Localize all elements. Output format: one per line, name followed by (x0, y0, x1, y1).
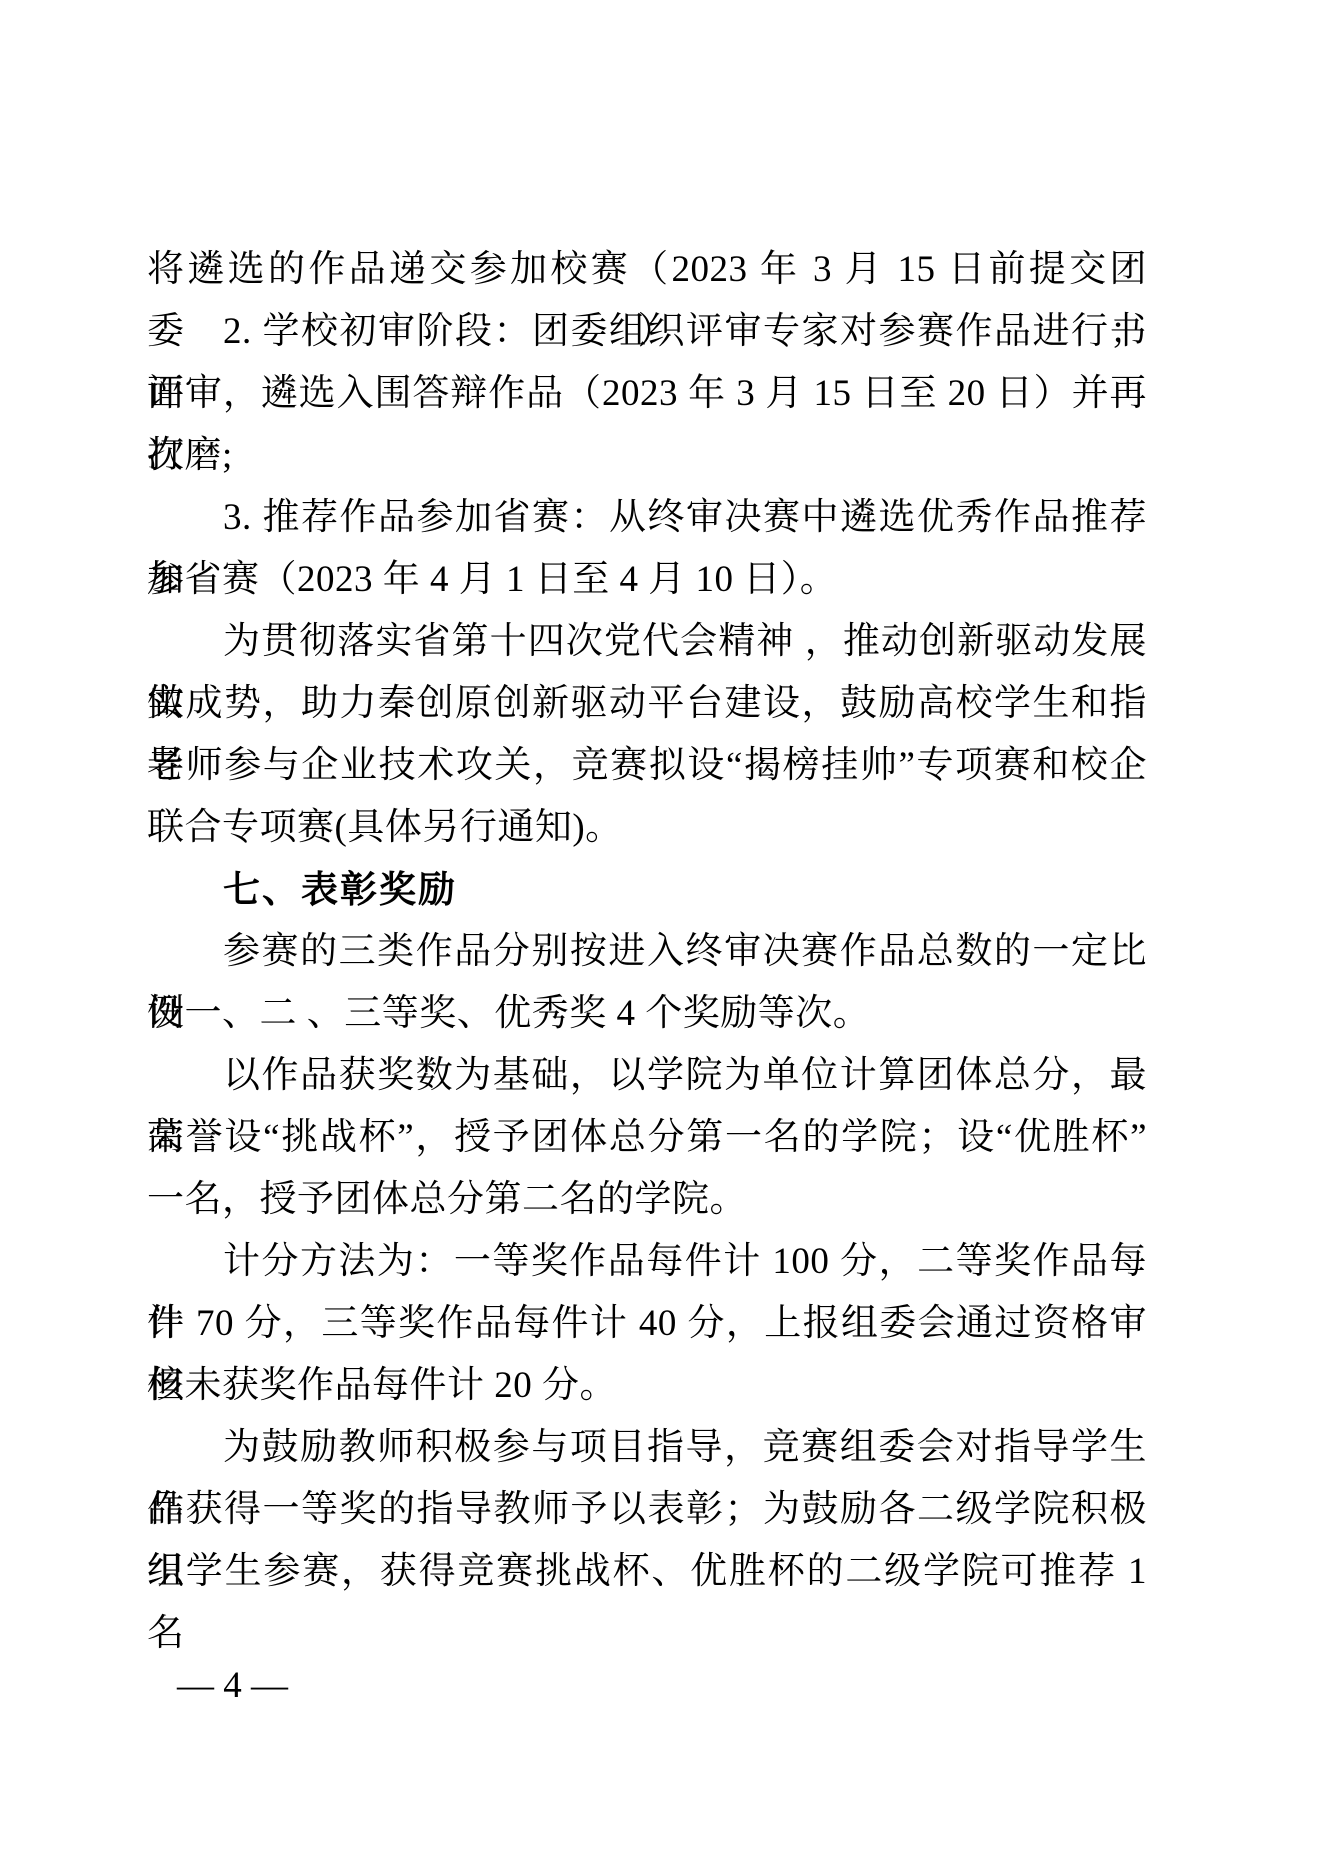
page-number: — 4 — (177, 1665, 288, 1706)
text-line: 以作品获奖数为基础，以学院为单位计算团体总分，最高 (147, 1045, 1147, 1107)
text-line: 老师参与企业技术攻关，竞赛拟设“揭榜挂帅”专项赛和校企 (147, 735, 1147, 797)
text-line: 荣誉设“挑战杯”，授予团体总分第一名的学院；设“优胜杯” (147, 1107, 1147, 1169)
text-line: 设一、二 、三等奖、优秀奖 4 个奖励等次。 (147, 983, 1147, 1045)
text-line: 品获得一等奖的指导教师予以表彰；为鼓励各二级学院积极组 (147, 1479, 1147, 1541)
document-page: 将遴选的作品递交参加校赛（2023 年 3 月 15 日前提交团委）；2. 学校… (0, 0, 1323, 1871)
text-line: 3. 推荐作品参加省赛：从终审决赛中遴选优秀作品推荐参 (147, 487, 1147, 549)
text-line: 计分方法为：一等奖作品每件计 100 分，二等奖作品每件 (147, 1231, 1147, 1293)
text-line: 计 70 分，三等奖作品每件计 40 分，上报组委会通过资格审核 (147, 1293, 1147, 1355)
text-line: 2. 学校初审阶段：团委组织评审专家对参赛作品进行书面 (147, 301, 1147, 363)
section-heading: 七、表彰奖励 (147, 859, 1147, 921)
text-line: 实成势，助力秦创原创新驱动平台建设，鼓励高校学生和指导 (147, 673, 1147, 735)
text-line: 加省赛（2023 年 4 月 1 日至 4 月 10 日）。 (147, 549, 1147, 611)
text-line: 织学生参赛，获得竞赛挑战杯、优胜杯的二级学院可推荐 1 名 (147, 1541, 1147, 1603)
page-footer: — 4 — (177, 1664, 288, 1708)
text-line: 评审，遴选入围答辩作品（2023 年 3 月 15 日至 20 日）并再次 (147, 363, 1147, 425)
text-line: 将遴选的作品递交参加校赛（2023 年 3 月 15 日前提交团委）； (147, 239, 1147, 301)
text-line: 为鼓励教师积极参与项目指导，竞赛组委会对指导学生作 (147, 1417, 1147, 1479)
text-line: 联合专项赛(具体另行通知)。 (147, 797, 1147, 859)
document-body: 将遴选的作品递交参加校赛（2023 年 3 月 15 日前提交团委）；2. 学校… (147, 239, 1147, 1603)
text-line: 但未获奖作品每件计 20 分。 (147, 1355, 1147, 1417)
text-line: 一名，授予团体总分第二名的学院。 (147, 1169, 1147, 1231)
text-line: 为贯彻落实省第十四次党代会精神 ，推动创新驱动发展做 (147, 611, 1147, 673)
text-line: 打磨; (147, 425, 1147, 487)
text-line: 参赛的三类作品分别按进入终审决赛作品总数的一定比例 (147, 921, 1147, 983)
